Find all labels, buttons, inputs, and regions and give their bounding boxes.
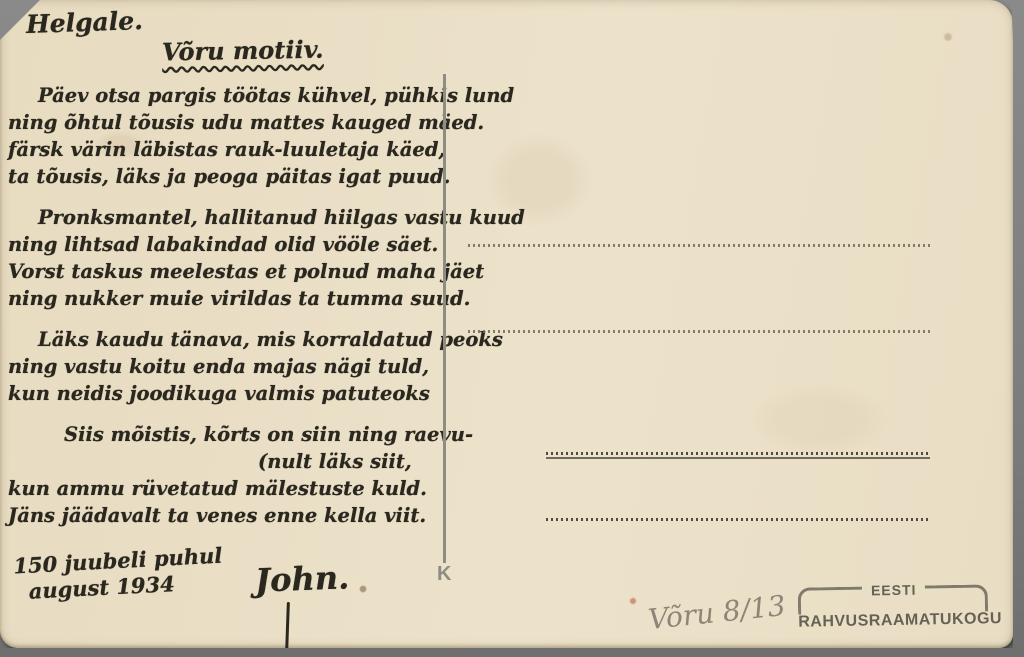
poem-line: ning nukker muie virildas ta tumma suud.: [8, 285, 468, 312]
stamp-label-eesti: EESTI: [862, 581, 926, 598]
poem-line: Päev otsa pargis töötas kühvel, pühkis l…: [8, 82, 468, 109]
poem: Päev otsa pargis töötas kühvel, pühkis l…: [8, 82, 468, 543]
poem-line: Läks kaudu tänava, mis korraldatud peoks: [8, 326, 468, 353]
poem-line: ta tõusis, läks ja peoga päitas igat puu…: [8, 163, 468, 190]
pencil-archive-note: Võru 8/13: [647, 589, 787, 636]
poem-line: ning lihtsad labakindad olid vööle säet.: [8, 231, 468, 258]
stamp-label-rahvusraamatukogu: RAHVUSRAAMATUKOGU: [798, 610, 990, 631]
dotted-rule: [546, 452, 930, 455]
postcard-back: Helgale. Võru motiiv. Päev otsa pargis t…: [0, 0, 1013, 648]
poem-stanza-2: Pronksmantel, hallitanud hiilgas vastu k…: [8, 204, 468, 312]
poem-line: ning õhtul tõusis udu mattes kauged mäed…: [8, 109, 468, 136]
postcard-divider-line: [443, 74, 446, 563]
poem-line: (nult läks siit,: [258, 448, 468, 475]
poem-line: Vorst taskus meelestas et polnud maha jä…: [8, 258, 468, 285]
poem-line: kun neidis joodikuga valmis patuteoks: [8, 380, 468, 407]
printers-mark-k: K: [437, 563, 451, 586]
address-dotted-line: [546, 518, 930, 522]
poem-line: färsk värin läbistas rauk-luuletaja käed…: [8, 136, 468, 163]
poem-stanza-4: Siis mõistis, kõrts on siin ning raevu- …: [8, 421, 468, 529]
library-stamp: EESTI RAHVUSRAAMATUKOGU: [798, 580, 991, 631]
dotted-rule: [468, 330, 932, 333]
signature-flourish: [285, 602, 290, 652]
poem-title: Võru motiiv.: [162, 35, 324, 67]
poem-stanza-3: Läks kaudu tänava, mis korraldatud peoks…: [8, 326, 468, 407]
dotted-rule: [468, 244, 930, 247]
address-dotted-line: [468, 330, 932, 334]
salutation: Helgale.: [26, 6, 144, 39]
poem-line: Jäns jäädavalt ta venes enne kella viit.: [8, 502, 468, 529]
address-dotted-line: [546, 452, 930, 456]
poem-line: Siis mõistis, kõrts on siin ning raevu-: [8, 421, 468, 448]
signature: John.: [254, 558, 349, 599]
solid-rule: [546, 457, 930, 459]
poem-line: ning vastu koitu enda majas nägi tuld,: [8, 353, 468, 380]
poem-line: kun ammu rüvetatud mälestuste kuld.: [8, 475, 468, 502]
dotted-rule: [546, 518, 930, 521]
poem-stanza-1: Päev otsa pargis töötas kühvel, pühkis l…: [8, 82, 468, 190]
poem-line: Pronksmantel, hallitanud hiilgas vastu k…: [8, 204, 468, 231]
date-note: 150 juubeli puhul august 1934: [13, 543, 224, 606]
address-dotted-line: [468, 244, 930, 248]
